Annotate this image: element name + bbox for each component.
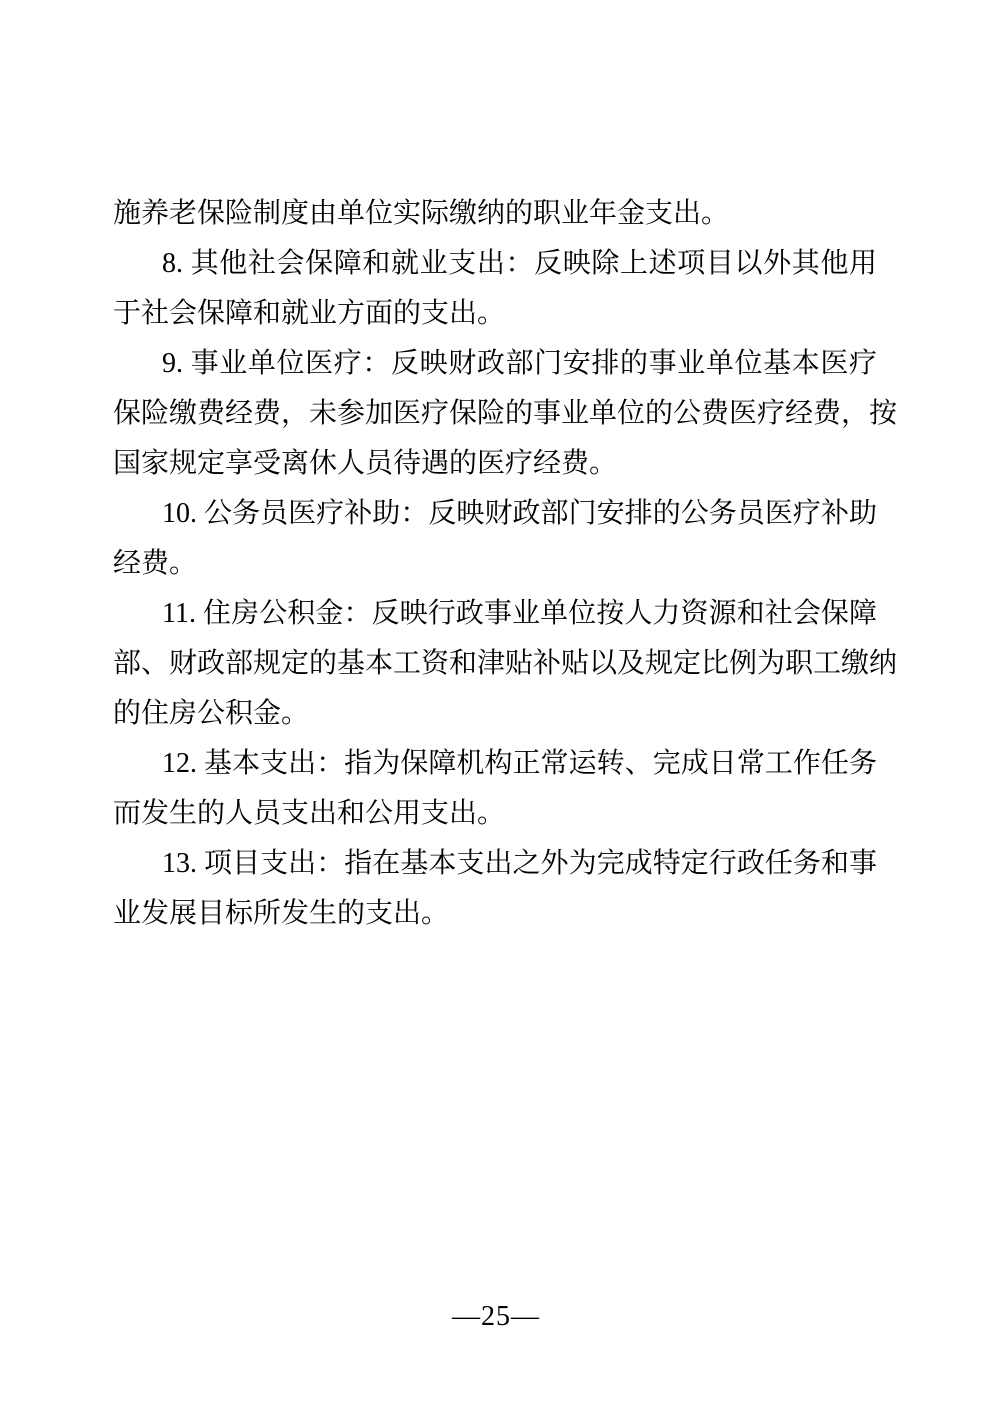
- text-line: 部、财政部规定的基本工资和津贴补贴以及规定比例为职工缴纳: [113, 639, 877, 689]
- text-line: 保险缴费经费，未参加医疗保险的事业单位的公费医疗经费，按: [113, 389, 877, 439]
- paragraph-item-12: 12. 基本支出：指为保障机构正常运转、完成日常工作任务 而发生的人员支出和公用…: [113, 739, 877, 839]
- paragraph-item-10: 10. 公务员医疗补助：反映财政部门安排的公务员医疗补助 经费。: [113, 489, 877, 589]
- text-line: 12. 基本支出：指为保障机构正常运转、完成日常工作任务: [113, 739, 877, 789]
- text-line: 业发展目标所发生的支出。: [113, 889, 877, 939]
- text-line: 的住房公积金。: [113, 689, 877, 739]
- page-number: —25—: [0, 1292, 992, 1342]
- text-line: 施养老保险制度由单位实际缴纳的职业年金支出。: [113, 189, 877, 239]
- text-line: 8. 其他社会保障和就业支出：反映除上述项目以外其他用: [113, 239, 877, 289]
- text-line: 9. 事业单位医疗：反映财政部门安排的事业单位基本医疗: [113, 339, 877, 389]
- document-page: 施养老保险制度由单位实际缴纳的职业年金支出。 8. 其他社会保障和就业支出：反映…: [0, 0, 992, 1403]
- paragraph-item-8: 8. 其他社会保障和就业支出：反映除上述项目以外其他用 于社会保障和就业方面的支…: [113, 239, 877, 339]
- text-line: 而发生的人员支出和公用支出。: [113, 789, 877, 839]
- paragraph-item-11: 11. 住房公积金：反映行政事业单位按人力资源和社会保障 部、财政部规定的基本工…: [113, 589, 877, 739]
- text-line: 13. 项目支出：指在基本支出之外为完成特定行政任务和事: [113, 839, 877, 889]
- text-line: 10. 公务员医疗补助：反映财政部门安排的公务员医疗补助: [113, 489, 877, 539]
- document-body: 施养老保险制度由单位实际缴纳的职业年金支出。 8. 其他社会保障和就业支出：反映…: [113, 189, 877, 939]
- paragraph-item-13: 13. 项目支出：指在基本支出之外为完成特定行政任务和事 业发展目标所发生的支出…: [113, 839, 877, 939]
- text-line: 国家规定享受离休人员待遇的医疗经费。: [113, 439, 877, 489]
- paragraph-item-9: 9. 事业单位医疗：反映财政部门安排的事业单位基本医疗 保险缴费经费，未参加医疗…: [113, 339, 877, 489]
- text-line: 于社会保障和就业方面的支出。: [113, 289, 877, 339]
- text-line: 11. 住房公积金：反映行政事业单位按人力资源和社会保障: [113, 589, 877, 639]
- paragraph-continuation: 施养老保险制度由单位实际缴纳的职业年金支出。: [113, 189, 877, 239]
- text-line: 经费。: [113, 539, 877, 589]
